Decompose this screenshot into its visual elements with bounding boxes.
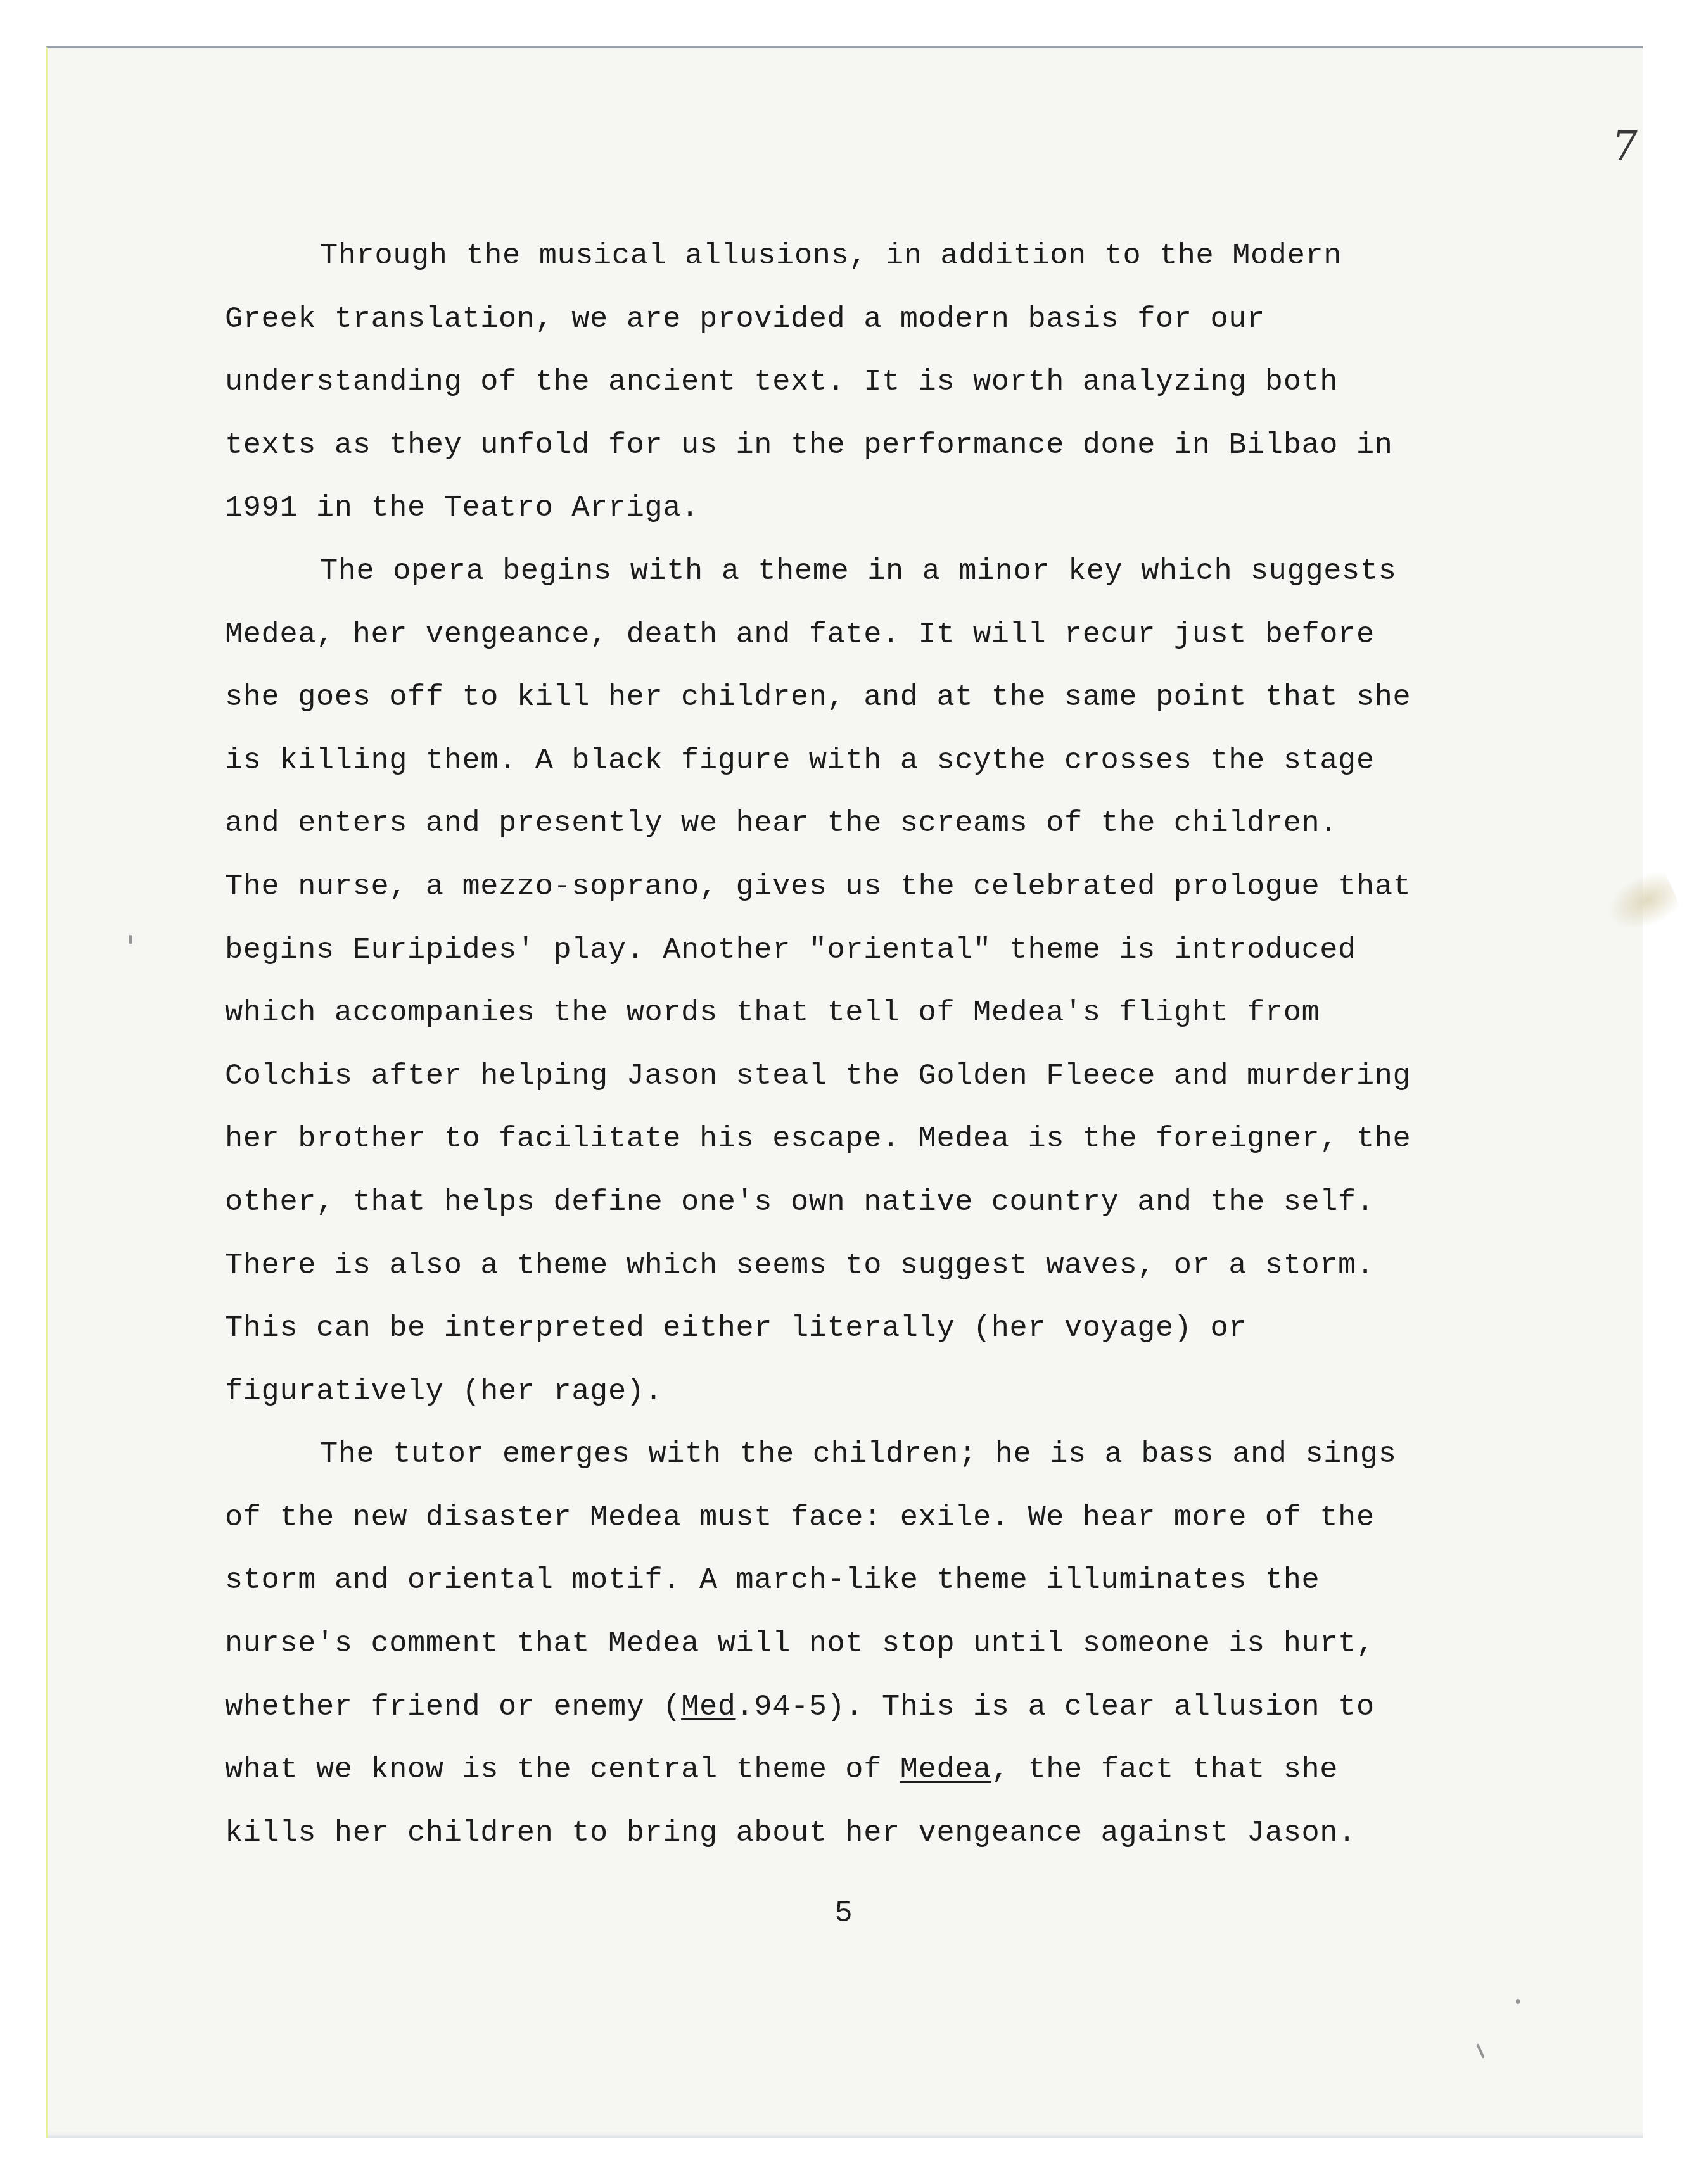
text-segment: Colchis after helping Jason steal the Go… [225, 1060, 1411, 1093]
text-segment: , the fact that she [991, 1753, 1338, 1787]
text-line: which accompanies the words that tell of… [225, 982, 1492, 1045]
text-line: her brother to facilitate his escape. Me… [225, 1108, 1492, 1171]
paper-speck [129, 935, 132, 944]
text-segment: understanding of the ancient text. It is… [225, 365, 1338, 399]
text-segment: .94-5). This is a clear allusion to [736, 1691, 1375, 1724]
text-line: There is also a theme which seems to sug… [225, 1235, 1492, 1298]
text-line: The tutor emerges with the children; he … [225, 1423, 1492, 1487]
text-segment: whether friend or enemy ( [225, 1691, 681, 1724]
text-line: Greek translation, we are provided a mod… [225, 288, 1492, 352]
text-segment: what we know is the central theme of [225, 1753, 900, 1787]
text-segment: which accompanies the words that tell of… [225, 996, 1320, 1030]
printed-page-number: 5 [0, 1897, 1687, 1931]
text-segment: her brother to facilitate his escape. Me… [225, 1122, 1411, 1156]
text-line: The opera begins with a theme in a minor… [225, 540, 1492, 604]
text-segment: begins Euripides' play. Another "orienta… [225, 934, 1356, 967]
text-line: and enters and presently we hear the scr… [225, 792, 1492, 856]
text-segment: she goes off to kill her children, and a… [225, 681, 1411, 714]
text-segment: Through the musical allusions, in additi… [320, 239, 1342, 273]
paper-stain [1598, 866, 1683, 941]
paper-speck [1516, 1999, 1520, 2004]
text-line: is killing them. A black figure with a s… [225, 730, 1492, 793]
body-text: Through the musical allusions, in additi… [225, 225, 1492, 1865]
text-line: other, that helps define one's own nativ… [225, 1171, 1492, 1235]
text-line: texts as they unfold for us in the perfo… [225, 414, 1492, 478]
text-segment: nurse's comment that Medea will not stop… [225, 1627, 1375, 1661]
text-segment: There is also a theme which seems to sug… [225, 1249, 1375, 1283]
text-segment: Greek translation, we are provided a mod… [225, 303, 1265, 336]
text-line: Colchis after helping Jason steal the Go… [225, 1045, 1492, 1108]
text-segment: This can be interpreted either literally… [225, 1312, 1247, 1345]
text-segment: storm and oriental motif. A march-like t… [225, 1564, 1320, 1597]
text-line: Through the musical allusions, in additi… [225, 225, 1492, 288]
text-segment: is killing them. A black figure with a s… [225, 744, 1375, 778]
text-line: This can be interpreted either literally… [225, 1297, 1492, 1361]
text-segment: Medea, her vengeance, death and fate. It… [225, 618, 1375, 652]
text-line: begins Euripides' play. Another "orienta… [225, 919, 1492, 982]
text-segment: kills her children to bring about her ve… [225, 1817, 1356, 1850]
text-line: figuratively (her rage). [225, 1361, 1492, 1424]
underlined-title: Med [681, 1691, 735, 1724]
text-segment: other, that helps define one's own nativ… [225, 1186, 1375, 1219]
text-line: of the new disaster Medea must face: exi… [225, 1487, 1492, 1550]
text-segment: The tutor emerges with the children; he … [320, 1438, 1396, 1471]
text-segment: and enters and presently we hear the scr… [225, 807, 1338, 841]
underlined-title: Medea [900, 1753, 991, 1787]
text-segment: The opera begins with a theme in a minor… [320, 555, 1396, 588]
text-segment: figuratively (her rage). [225, 1375, 663, 1409]
text-line: 1991 in the Teatro Arriga. [225, 477, 1492, 540]
text-line: whether friend or enemy (Med.94-5). This… [225, 1676, 1492, 1739]
text-segment: texts as they unfold for us in the perfo… [225, 429, 1393, 462]
paper-speck [1476, 2043, 1485, 2058]
text-line: what we know is the central theme of Med… [225, 1739, 1492, 1802]
handwritten-page-number: 7 [1609, 123, 1641, 170]
text-line: she goes off to kill her children, and a… [225, 666, 1492, 730]
text-line: understanding of the ancient text. It is… [225, 351, 1492, 414]
text-line: The nurse, a mezzo-soprano, gives us the… [225, 856, 1492, 919]
text-line: storm and oriental motif. A march-like t… [225, 1549, 1492, 1613]
text-line: kills her children to bring about her ve… [225, 1802, 1492, 1865]
text-segment: The nurse, a mezzo-soprano, gives us the… [225, 870, 1411, 904]
text-segment: 1991 in the Teatro Arriga. [225, 492, 699, 525]
text-segment: of the new disaster Medea must face: exi… [225, 1501, 1375, 1535]
text-line: nurse's comment that Medea will not stop… [225, 1613, 1492, 1676]
text-line: Medea, her vengeance, death and fate. It… [225, 604, 1492, 667]
